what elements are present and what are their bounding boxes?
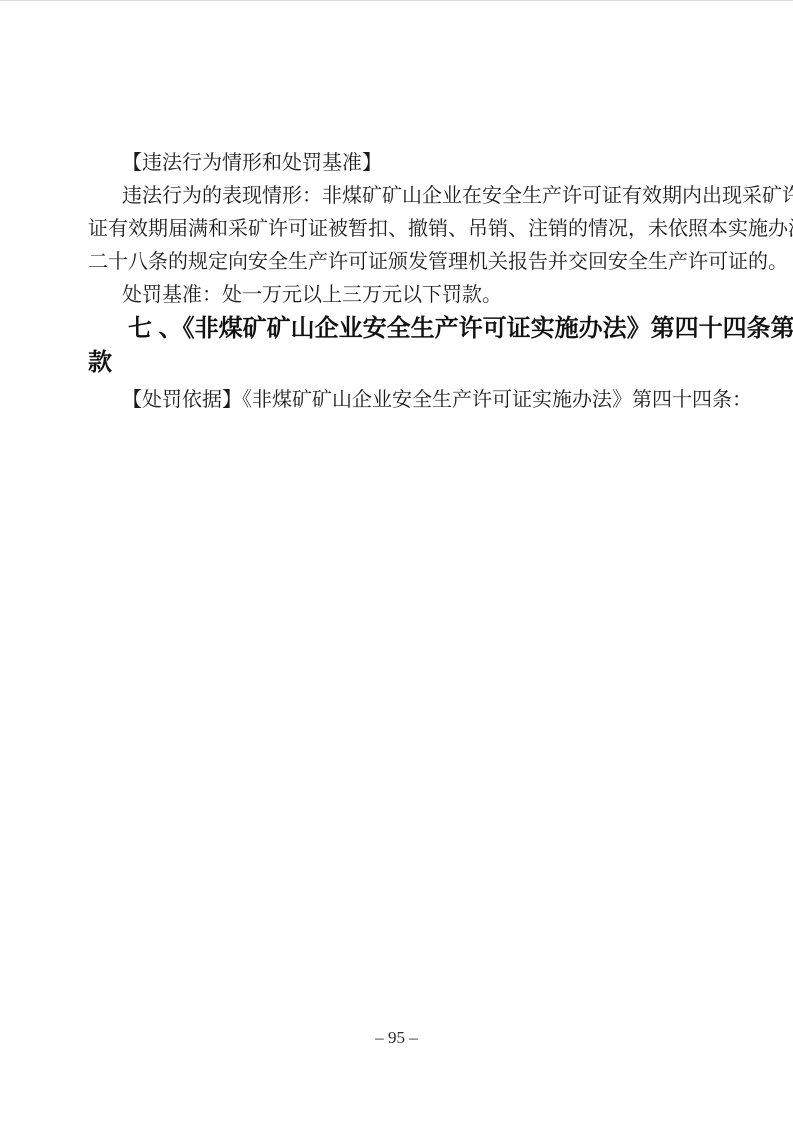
page-number: – 95 – — [0, 1027, 793, 1049]
penalty-standard-line: 处罚基准：处一万元以上三万元以下罚款。 — [88, 279, 712, 312]
paragraph-line: 二十八条的规定向安全生产许可证颁发管理机关报告并交回安全生产许可证的。 — [88, 246, 712, 279]
document-page: 【违法行为情形和处罚基准】 违法行为的表现情形：非煤矿矿山企业在安全生产许可证有… — [0, 0, 793, 1122]
section-heading-line1: 七 、《非煤矿矿山企业安全生产许可证实施办法》第四十四条第一 — [88, 312, 712, 346]
penalty-basis-line: 【处罚依据】《非煤矿矿山企业安全生产许可证实施办法》第四十四条： — [88, 384, 712, 417]
paragraph-line: 证有效期届满和采矿许可证被暂扣、撤销、吊销、注销的情况，未依照本实施办法第 — [88, 213, 712, 246]
section-label: 【违法行为情形和处罚基准】 — [88, 147, 712, 180]
paragraph-line: 违法行为的表现情形：非煤矿矿山企业在安全生产许可证有效期内出现采矿许可 — [88, 180, 712, 213]
document-text-block: 【违法行为情形和处罚基准】 违法行为的表现情形：非煤矿矿山企业在安全生产许可证有… — [88, 147, 712, 417]
section-heading-line2: 款 — [88, 346, 712, 380]
